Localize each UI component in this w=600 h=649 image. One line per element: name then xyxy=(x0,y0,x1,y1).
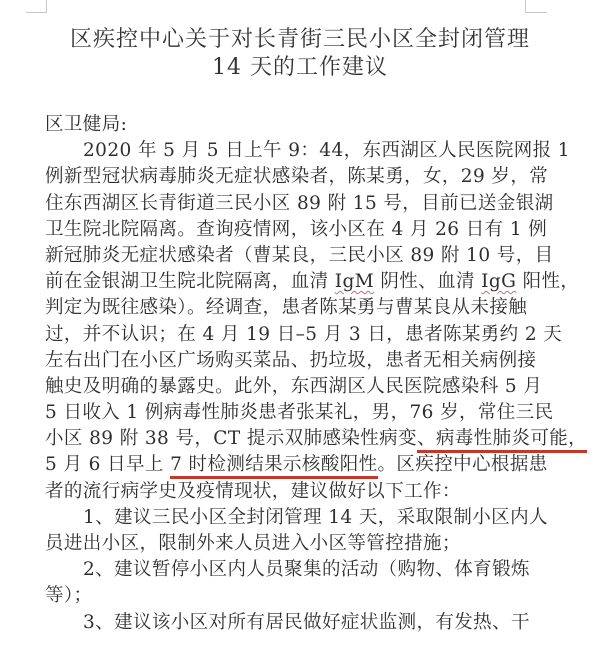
paragraph-line: 者的流行病学史及疫情现状，建议做好以下工作： xyxy=(45,479,525,505)
text-segment: 阴性、血清 xyxy=(374,271,481,292)
salutation: 区卫健局: xyxy=(45,112,525,138)
paragraph-line: 例新型冠状病毒肺炎无症状感染者，陈某勇，女，29 岁，常 xyxy=(45,164,525,190)
red-underline-highlight: 、病毒性肺炎可能， xyxy=(417,428,587,453)
spellcheck-igm: IgM xyxy=(335,271,374,292)
paragraph-line: 5 日收入 1 例病毒性肺炎患者张某礼，男，76 岁，常住三民 xyxy=(45,400,525,426)
paragraph-line: 过，并不认识；在 4 月 19 日–5 月 3 日，患者陈某勇约 2 天 xyxy=(45,322,525,348)
paragraph-line: 判定为既往感染）。经调查，患者陈某勇与曹某良从未接触 xyxy=(45,295,525,321)
paragraph-line: 2020 年 5 月 5 日上午 9：44，东西湖区人民医院网报 1 xyxy=(45,138,525,164)
text-segment: 5 月 6 日早上 xyxy=(45,454,170,475)
crop-mark-top-right-vertical xyxy=(525,0,526,12)
recommendation-1-line1: 1、建议三民小区全封闭管理 14 天，采取限制小区内人 xyxy=(45,505,525,531)
text-segment: 阳性， xyxy=(516,271,579,292)
text-segment: 小区 89 附 38 号，CT 提示双肺感染性病变 xyxy=(45,428,417,449)
red-underline-highlight: 7 时检测结果示核酸阳性 xyxy=(170,454,377,479)
crop-mark-top-right-horizontal xyxy=(525,12,547,13)
paragraph-line: 住东西湖区长青街道三民小区 89 附 15 号，目前已送金银湖 xyxy=(45,191,525,217)
recommendation-3-line1: 3、建议该小区对所有居民做好症状监测，有发热、干 xyxy=(45,610,525,636)
paragraph-line: 左右出门在小区广场购买菜品、扔垃圾，患者无相关病例接 xyxy=(45,348,525,374)
crop-mark-top-left-vertical xyxy=(46,0,47,12)
recommendation-1-line2: 员进出小区，限制外来人员进入小区等管控措施； xyxy=(45,531,525,557)
paragraph-line: 触史及明确的暴露史。此外，东西湖区人民医院感染科 5 月 xyxy=(45,374,525,400)
crop-mark-top-left-horizontal xyxy=(26,12,47,13)
paragraph-line-serology: 前在金银湖卫生院北院隔离，血清 IgM 阴性、血清 IgG 阳性， xyxy=(45,269,525,295)
paragraph-line: 新冠肺炎无症状感染者（曹某良，三民小区 89 附 10 号，目 xyxy=(45,243,525,269)
document-body: 区卫健局: 2020 年 5 月 5 日上午 9：44，东西湖区人民医院网报 1… xyxy=(45,112,525,636)
paragraph-line: 卫生院北院隔离。查询疫情网，该小区在 4 月 26 日有 1 例 xyxy=(45,217,525,243)
spellcheck-igg: IgG xyxy=(481,271,516,292)
paragraph-line-ct: 小区 89 附 38 号，CT 提示双肺感染性病变、病毒性肺炎可能， xyxy=(45,426,525,452)
paragraph-line-nucleic: 5 月 6 日早上 7 时检测结果示核酸阳性。区疾控中心根据患 xyxy=(45,452,525,478)
recommendation-2-line1: 2、建议暂停小区内人员聚集的活动（购物、体育锻炼 xyxy=(45,557,525,583)
document-title-line2: 14 天的工作建议 xyxy=(0,50,600,81)
recommendation-2-line2: 等）； xyxy=(45,583,525,609)
document-title-line1: 区疾控中心关于对长青街三民小区全封闭管理 xyxy=(0,22,600,53)
text-segment: 前在金银湖卫生院北院隔离，血清 xyxy=(45,271,335,292)
text-segment: 。区疾控中心根据患 xyxy=(378,454,548,475)
